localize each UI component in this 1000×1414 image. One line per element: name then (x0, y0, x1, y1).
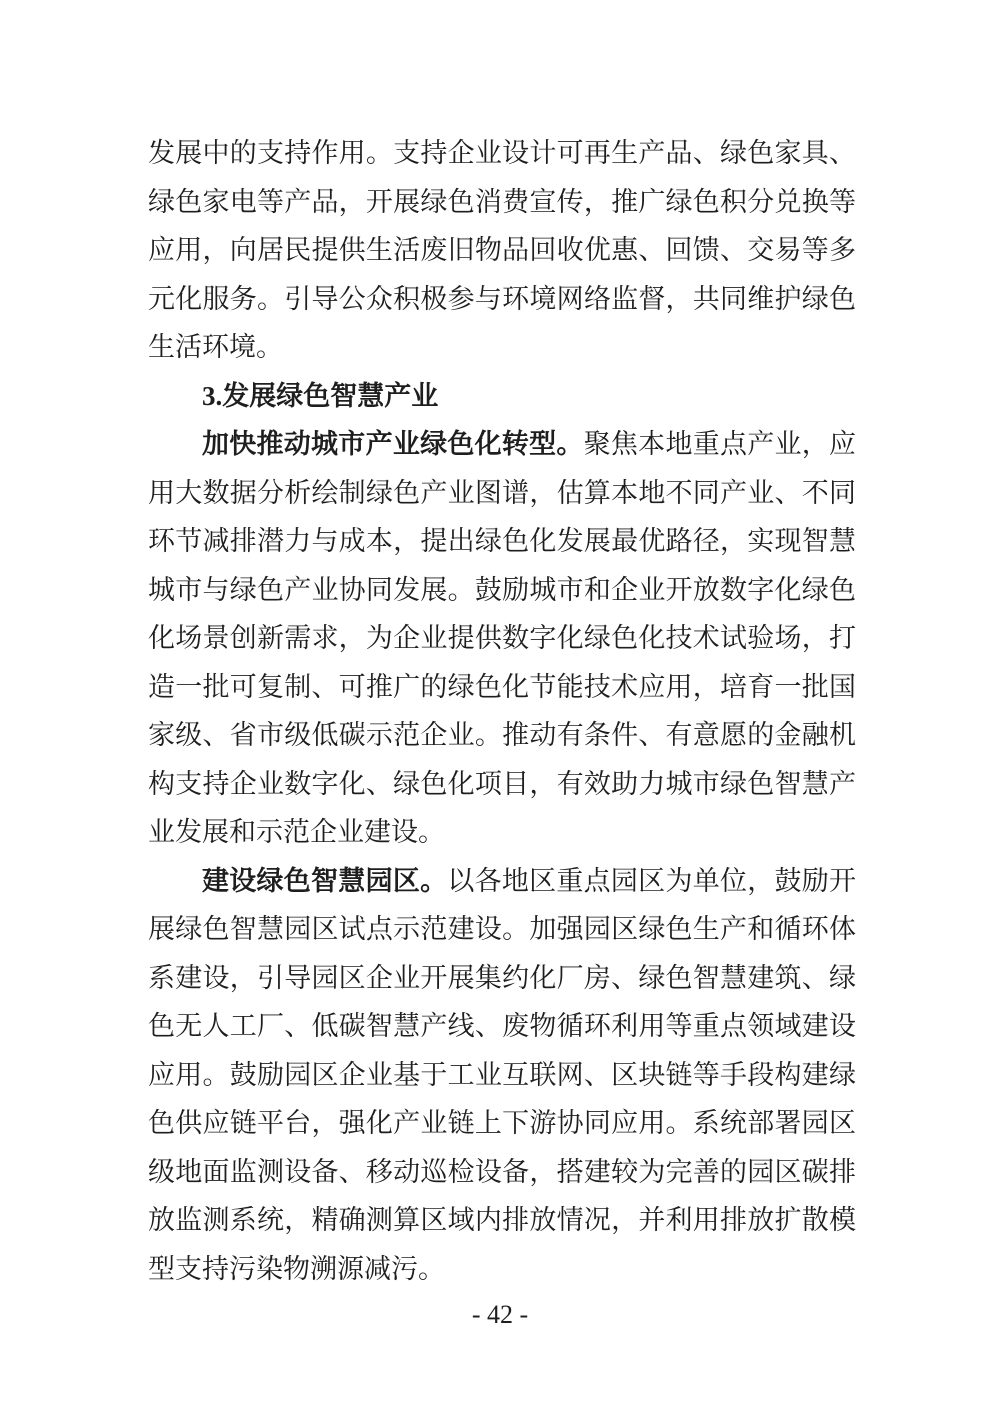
page-text-block: 发展中的支持作用。支持企业设计可再生产品、绿色家具、绿色家电等产品，开展绿色消费… (148, 129, 856, 1293)
page-number: - 42 - (0, 1298, 1000, 1332)
paragraph-continued-from-previous-page: 发展中的支持作用。支持企业设计可再生产品、绿色家具、绿色家电等产品，开展绿色消费… (148, 129, 856, 372)
paragraph-green-smart-park: 建设绿色智慧园区。以各地区重点园区为单位，鼓励开展绿色智慧园区试点示范建设。加强… (148, 857, 856, 1294)
document-page: 发展中的支持作用。支持企业设计可再生产品、绿色家具、绿色家电等产品，开展绿色消费… (0, 0, 1000, 1414)
paragraph-industry-green-transform: 加快推动城市产业绿色化转型。聚焦本地重点产业，应用大数据分析绘制绿色产业图谱，估… (148, 420, 856, 857)
paragraph-bold-lead: 加快推动城市产业绿色化转型。 (202, 429, 584, 459)
paragraph-bold-lead: 建设绿色智慧园区。 (202, 866, 447, 896)
section-heading: 3.发展绿色智慧产业 (148, 372, 856, 421)
paragraph-body-text: 以各地区重点园区为单位，鼓励开展绿色智慧园区试点示范建设。加强园区绿色生产和循环… (148, 866, 856, 1284)
paragraph-body-text: 聚焦本地重点产业，应用大数据分析绘制绿色产业图谱，估算本地不同产业、不同环节减排… (148, 429, 856, 847)
